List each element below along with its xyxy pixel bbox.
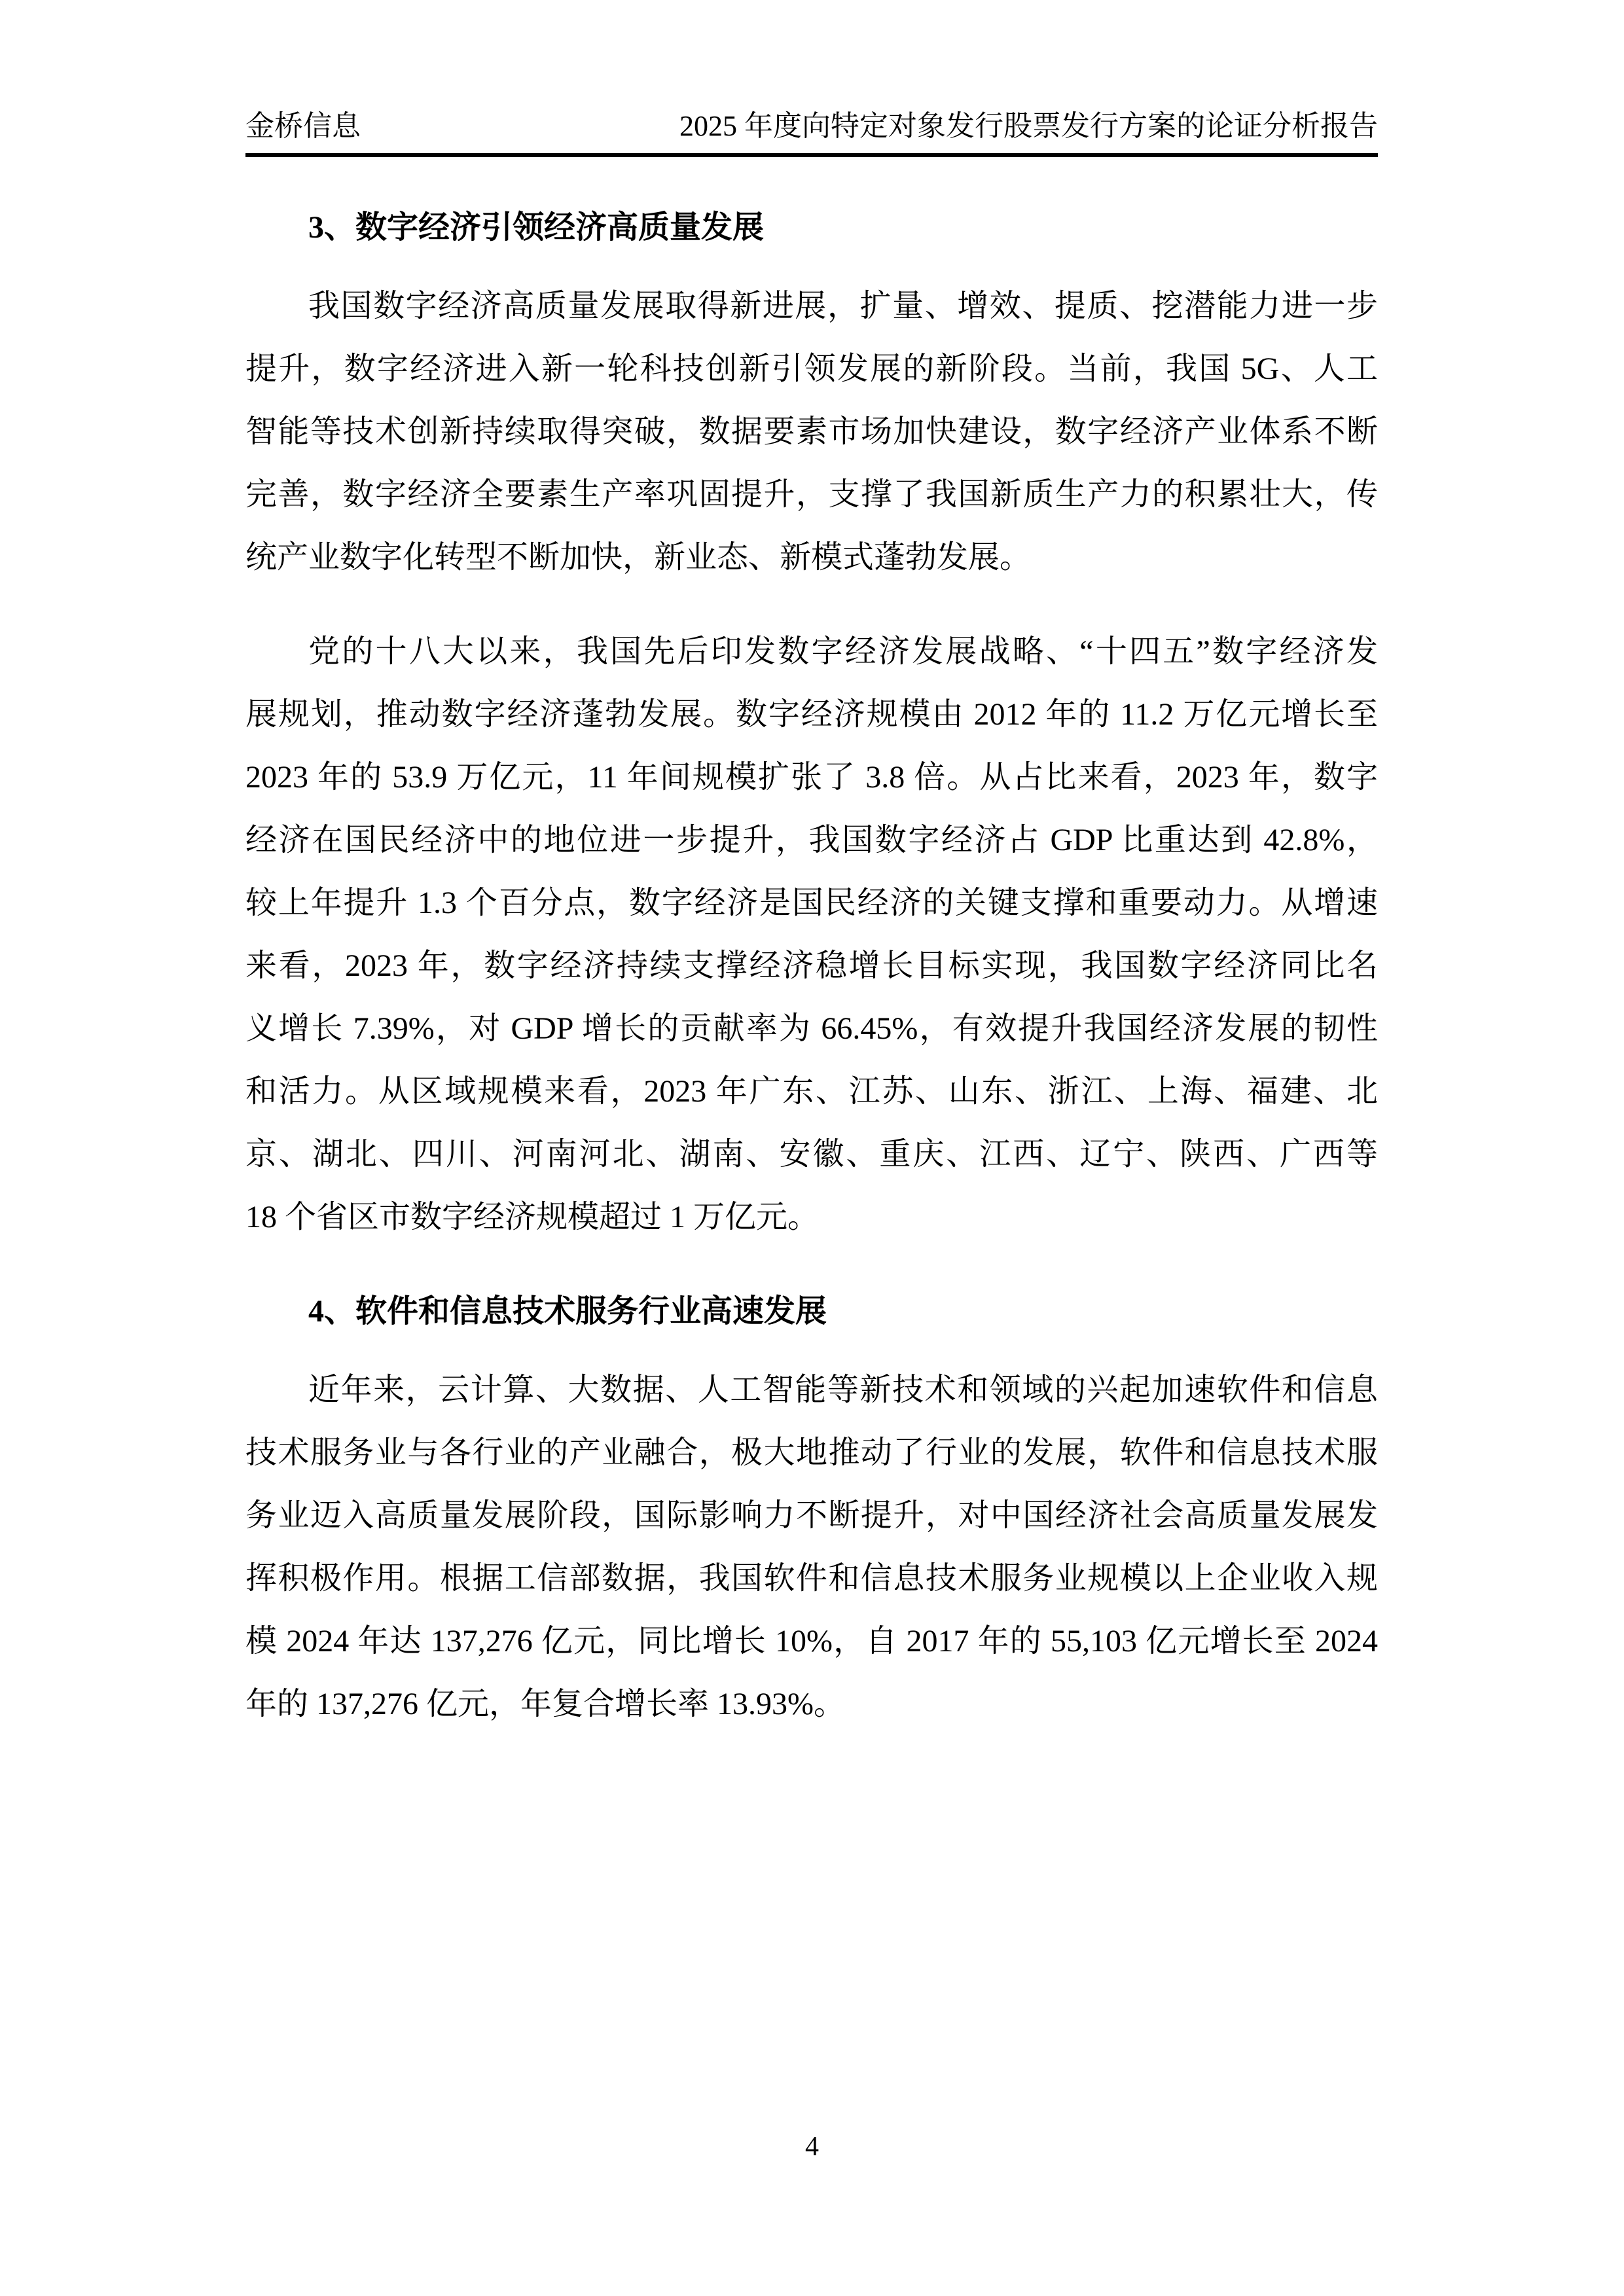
text-line: 年的 137,276 亿元，年复合增长率 13.93%。 <box>245 1673 1378 1736</box>
text-line: 2023 年的 53.9 万亿元，11 年间规模扩张了 3.8 倍。从占比来看，… <box>245 746 1378 809</box>
page-header: 金桥信息 2025 年度向特定对象发行股票发行方案的论证分析报告 <box>245 105 1378 157</box>
text-line: 模 2024 年达 137,276 亿元，同比增长 10%，自 2017 年的 … <box>245 1610 1378 1673</box>
paragraph: 党的十八大以来，我国先后印发数字经济发展战略、“十四五”数字经济发展规划，推动数… <box>245 620 1378 1249</box>
header-report-title: 2025 年度向特定对象发行股票发行方案的论证分析报告 <box>679 105 1378 148</box>
text-line: 智能等技术创新持续取得突破，数据要素市场加快建设，数字经济产业体系不断 <box>245 401 1378 463</box>
text-line: 近年来，云计算、大数据、人工智能等新技术和领域的兴起加速软件和信息 <box>245 1359 1378 1422</box>
page-number: 4 <box>805 2132 819 2162</box>
text-line: 挥积极作用。根据工信部数据，我国软件和信息技术服务业规模以上企业收入规 <box>245 1547 1378 1610</box>
text-line: 18 个省区市数字经济规模超过 1 万亿元。 <box>245 1186 1378 1249</box>
section-heading: 3、数字经济引领经济高质量发展 <box>245 196 1378 259</box>
text-line: 统产业数字化转型不断加快，新业态、新模式蓬勃发展。 <box>245 526 1378 589</box>
paragraph: 我国数字经济高质量发展取得新进展，扩量、增效、提质、挖潜能力进一步提升，数字经济… <box>245 275 1378 589</box>
paragraph: 近年来，云计算、大数据、人工智能等新技术和领域的兴起加速软件和信息技术服务业与各… <box>245 1359 1378 1736</box>
text-line: 较上年提升 1.3 个百分点，数字经济是国民经济的关键支撑和重要动力。从增速 <box>245 872 1378 935</box>
header-company-name: 金桥信息 <box>245 105 361 148</box>
text-line: 技术服务业与各行业的产业融合，极大地推动了行业的发展，软件和信息技术服 <box>245 1422 1378 1484</box>
text-line: 和活力。从区域规模来看，2023 年广东、江苏、山东、浙江、上海、福建、北 <box>245 1060 1378 1123</box>
page-footer: 4 <box>0 2115 1624 2178</box>
text-line: 党的十八大以来，我国先后印发数字经济发展战略、“十四五”数字经济发 <box>245 620 1378 683</box>
text-line: 务业迈入高质量发展阶段，国际影响力不断提升，对中国经济社会高质量发展发 <box>245 1484 1378 1547</box>
text-line: 经济在国民经济中的地位进一步提升，我国数字经济占 GDP 比重达到 42.8%， <box>245 809 1378 872</box>
text-line: 展规划，推动数字经济蓬勃发展。数字经济规模由 2012 年的 11.2 万亿元增… <box>245 683 1378 746</box>
text-line: 提升，数字经济进入新一轮科技创新引领发展的新阶段。当前，我国 5G、人工 <box>245 338 1378 401</box>
document-body: 3、数字经济引领经济高质量发展我国数字经济高质量发展取得新进展，扩量、增效、提质… <box>245 196 1378 1736</box>
text-line: 京、湖北、四川、河南河北、湖南、安徽、重庆、江西、辽宁、陕西、广西等 <box>245 1123 1378 1186</box>
text-line: 完善，数字经济全要素生产率巩固提升，支撑了我国新质生产力的积累壮大，传 <box>245 463 1378 526</box>
document-page: 金桥信息 2025 年度向特定对象发行股票发行方案的论证分析报告 3、数字经济引… <box>0 0 1624 2296</box>
section-heading: 4、软件和信息技术服务行业高速发展 <box>245 1280 1378 1343</box>
text-line: 义增长 7.39%，对 GDP 增长的贡献率为 66.45%，有效提升我国经济发… <box>245 997 1378 1060</box>
text-line: 来看，2023 年，数字经济持续支撑经济稳增长目标实现，我国数字经济同比名 <box>245 935 1378 997</box>
text-line: 我国数字经济高质量发展取得新进展，扩量、增效、提质、挖潜能力进一步 <box>245 275 1378 338</box>
